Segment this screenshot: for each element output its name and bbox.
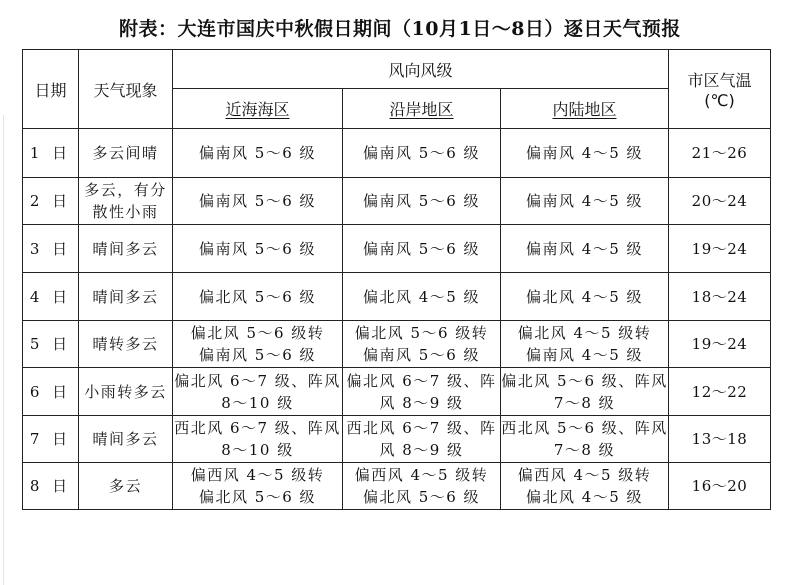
cell-date: 7 日 bbox=[23, 416, 79, 463]
cell-date: 5 日 bbox=[23, 321, 79, 368]
wind-line: 偏北风 4～5 级 bbox=[501, 286, 668, 308]
cell-temperature: 18～24 bbox=[669, 273, 771, 321]
header-wind-group: 风向风级 bbox=[173, 50, 669, 89]
document-title: 附表：大连市国庆中秋假日期间（10月1日～8日）逐日天气预报 bbox=[0, 14, 800, 41]
cell-date: 4 日 bbox=[23, 273, 79, 321]
cell-temperature: 19～24 bbox=[669, 321, 771, 368]
header-date: 日期 bbox=[23, 50, 79, 129]
cell-temperature: 13～18 bbox=[669, 416, 771, 463]
cell-coastal: 偏南风 5～6 级 bbox=[343, 225, 501, 273]
cell-date: 1 日 bbox=[23, 129, 79, 178]
wind-line: 偏北风 5～6 级、阵风 bbox=[501, 370, 668, 392]
table-row: 3 日 晴间多云 偏南风 5～6 级 偏南风 5～6 级 偏南风 4～5 级 1… bbox=[23, 225, 771, 273]
header-temperature-label: 市区气温 bbox=[669, 68, 770, 91]
weather-line: 晴转多云 bbox=[79, 333, 172, 355]
header-offshore: 近海海区 bbox=[173, 89, 343, 129]
wind-line: 偏南风 4～5 级 bbox=[501, 344, 668, 366]
cell-weather: 多云，有分 散性小雨 bbox=[79, 178, 173, 225]
wind-line: 西北风 6～7 级、阵风 bbox=[173, 417, 342, 439]
wind-line: 7～8 级 bbox=[501, 392, 668, 414]
cell-offshore: 偏南风 5～6 级 bbox=[173, 129, 343, 178]
wind-line: 西北风 5～6 级、阵风 bbox=[501, 417, 668, 439]
weather-line: 多云，有分 bbox=[79, 179, 172, 201]
cell-offshore: 偏北风 5～6 级转 偏南风 5～6 级 bbox=[173, 321, 343, 368]
wind-line: 偏南风 5～6 级 bbox=[173, 190, 342, 212]
wind-line: 风 8～9 级 bbox=[343, 439, 500, 461]
wind-line: 西北风 6～7 级、阵 bbox=[343, 417, 500, 439]
table-row: 5 日 晴转多云 偏北风 5～6 级转 偏南风 5～6 级 偏北风 5～6 级转… bbox=[23, 321, 771, 368]
cell-coastal: 偏南风 5～6 级 bbox=[343, 178, 501, 225]
header-weather: 天气现象 bbox=[79, 50, 173, 129]
wind-line: 偏南风 5～6 级 bbox=[343, 238, 500, 260]
cell-offshore: 偏西风 4～5 级转 偏北风 5～6 级 bbox=[173, 463, 343, 510]
cell-temperature: 20～24 bbox=[669, 178, 771, 225]
page-edge-divider bbox=[0, 115, 4, 585]
wind-line: 偏南风 5～6 级 bbox=[343, 344, 500, 366]
cell-offshore: 偏北风 5～6 级 bbox=[173, 273, 343, 321]
wind-line: 偏南风 5～6 级 bbox=[173, 142, 342, 164]
wind-line: 偏南风 5～6 级 bbox=[173, 238, 342, 260]
cell-temperature: 19～24 bbox=[669, 225, 771, 273]
cell-inland: 偏南风 4～5 级 bbox=[501, 178, 669, 225]
cell-weather: 多云间晴 bbox=[79, 129, 173, 178]
wind-line: 8～10 级 bbox=[173, 392, 342, 414]
wind-line: 风 8～9 级 bbox=[343, 392, 500, 414]
wind-line: 偏南风 5～6 级 bbox=[343, 142, 500, 164]
table-row: 6 日 小雨转多云 偏北风 6～7 级、阵风 8～10 级 偏北风 6～7 级、… bbox=[23, 368, 771, 416]
wind-line: 偏南风 5～6 级 bbox=[173, 344, 342, 366]
wind-line: 偏西风 4～5 级转 bbox=[173, 464, 342, 486]
cell-coastal: 偏北风 6～7 级、阵 风 8～9 级 bbox=[343, 368, 501, 416]
weather-line: 多云 bbox=[79, 475, 172, 497]
wind-line: 偏西风 4～5 级转 bbox=[343, 464, 500, 486]
header-inland: 内陆地区 bbox=[501, 89, 669, 129]
weather-line: 晴间多云 bbox=[79, 428, 172, 450]
wind-line: 偏南风 5～6 级 bbox=[343, 190, 500, 212]
table-row: 8 日 多云 偏西风 4～5 级转 偏北风 5～6 级 偏西风 4～5 级转 偏… bbox=[23, 463, 771, 510]
wind-line: 8～10 级 bbox=[173, 439, 342, 461]
wind-line: 7～8 级 bbox=[501, 439, 668, 461]
weather-line: 多云间晴 bbox=[79, 142, 172, 164]
cell-date: 8 日 bbox=[23, 463, 79, 510]
table-row: 7 日 晴间多云 西北风 6～7 级、阵风 8～10 级 西北风 6～7 级、阵… bbox=[23, 416, 771, 463]
cell-coastal: 偏西风 4～5 级转 偏北风 5～6 级 bbox=[343, 463, 501, 510]
cell-temperature: 16～20 bbox=[669, 463, 771, 510]
cell-offshore: 西北风 6～7 级、阵风 8～10 级 bbox=[173, 416, 343, 463]
wind-line: 偏南风 4～5 级 bbox=[501, 142, 668, 164]
wind-line: 偏北风 5～6 级转 bbox=[343, 322, 500, 344]
header-coastal: 沿岸地区 bbox=[343, 89, 501, 129]
header-temperature: 市区气温 (℃) bbox=[669, 50, 771, 129]
cell-offshore: 偏南风 5～6 级 bbox=[173, 225, 343, 273]
cell-offshore: 偏南风 5～6 级 bbox=[173, 178, 343, 225]
wind-line: 偏北风 6～7 级、阵风 bbox=[173, 370, 342, 392]
cell-coastal: 偏北风 5～6 级转 偏南风 5～6 级 bbox=[343, 321, 501, 368]
wind-line: 偏西风 4～5 级转 bbox=[501, 464, 668, 486]
wind-line: 偏北风 4～5 级 bbox=[343, 286, 500, 308]
cell-date: 6 日 bbox=[23, 368, 79, 416]
cell-inland: 偏南风 4～5 级 bbox=[501, 129, 669, 178]
cell-inland: 偏西风 4～5 级转 偏北风 4～5 级 bbox=[501, 463, 669, 510]
cell-coastal: 偏北风 4～5 级 bbox=[343, 273, 501, 321]
cell-weather: 晴转多云 bbox=[79, 321, 173, 368]
cell-inland: 偏北风 5～6 级、阵风 7～8 级 bbox=[501, 368, 669, 416]
wind-line: 偏北风 6～7 级、阵 bbox=[343, 370, 500, 392]
cell-date: 3 日 bbox=[23, 225, 79, 273]
header-offshore-label: 近海海区 bbox=[225, 100, 289, 119]
wind-line: 偏北风 5～6 级 bbox=[343, 486, 500, 508]
cell-temperature: 12～22 bbox=[669, 368, 771, 416]
wind-line: 偏北风 4～5 级 bbox=[501, 486, 668, 508]
header-temperature-unit: (℃) bbox=[669, 91, 770, 110]
wind-line: 偏南风 4～5 级 bbox=[501, 190, 668, 212]
cell-temperature: 21～26 bbox=[669, 129, 771, 178]
cell-weather: 多云 bbox=[79, 463, 173, 510]
wind-line: 偏北风 5～6 级转 bbox=[173, 322, 342, 344]
cell-coastal: 西北风 6～7 级、阵 风 8～9 级 bbox=[343, 416, 501, 463]
wind-line: 偏北风 4～5 级转 bbox=[501, 322, 668, 344]
cell-inland: 偏北风 4～5 级 bbox=[501, 273, 669, 321]
cell-coastal: 偏南风 5～6 级 bbox=[343, 129, 501, 178]
cell-weather: 小雨转多云 bbox=[79, 368, 173, 416]
cell-weather: 晴间多云 bbox=[79, 273, 173, 321]
weather-line: 小雨转多云 bbox=[79, 381, 172, 403]
cell-inland: 偏南风 4～5 级 bbox=[501, 225, 669, 273]
weather-line: 散性小雨 bbox=[79, 201, 172, 223]
wind-line: 偏北风 5～6 级 bbox=[173, 486, 342, 508]
header-inland-label: 内陆地区 bbox=[552, 100, 616, 119]
cell-weather: 晴间多云 bbox=[79, 416, 173, 463]
header-coastal-label: 沿岸地区 bbox=[389, 100, 453, 119]
cell-inland: 偏北风 4～5 级转 偏南风 4～5 级 bbox=[501, 321, 669, 368]
table-row: 4 日 晴间多云 偏北风 5～6 级 偏北风 4～5 级 偏北风 4～5 级 1… bbox=[23, 273, 771, 321]
weather-forecast-table: 日期 天气现象 风向风级 市区气温 (℃) 近海海区 沿岸地区 内陆地区 1 日… bbox=[22, 49, 771, 510]
table-row: 1 日 多云间晴 偏南风 5～6 级 偏南风 5～6 级 偏南风 4～5 级 2… bbox=[23, 129, 771, 178]
wind-line: 偏北风 5～6 级 bbox=[173, 286, 342, 308]
cell-weather: 晴间多云 bbox=[79, 225, 173, 273]
table-row: 2 日 多云，有分 散性小雨 偏南风 5～6 级 偏南风 5～6 级 偏南风 4… bbox=[23, 178, 771, 225]
weather-line: 晴间多云 bbox=[79, 286, 172, 308]
weather-line: 晴间多云 bbox=[79, 238, 172, 260]
wind-line: 偏南风 4～5 级 bbox=[501, 238, 668, 260]
cell-inland: 西北风 5～6 级、阵风 7～8 级 bbox=[501, 416, 669, 463]
cell-offshore: 偏北风 6～7 级、阵风 8～10 级 bbox=[173, 368, 343, 416]
cell-date: 2 日 bbox=[23, 178, 79, 225]
